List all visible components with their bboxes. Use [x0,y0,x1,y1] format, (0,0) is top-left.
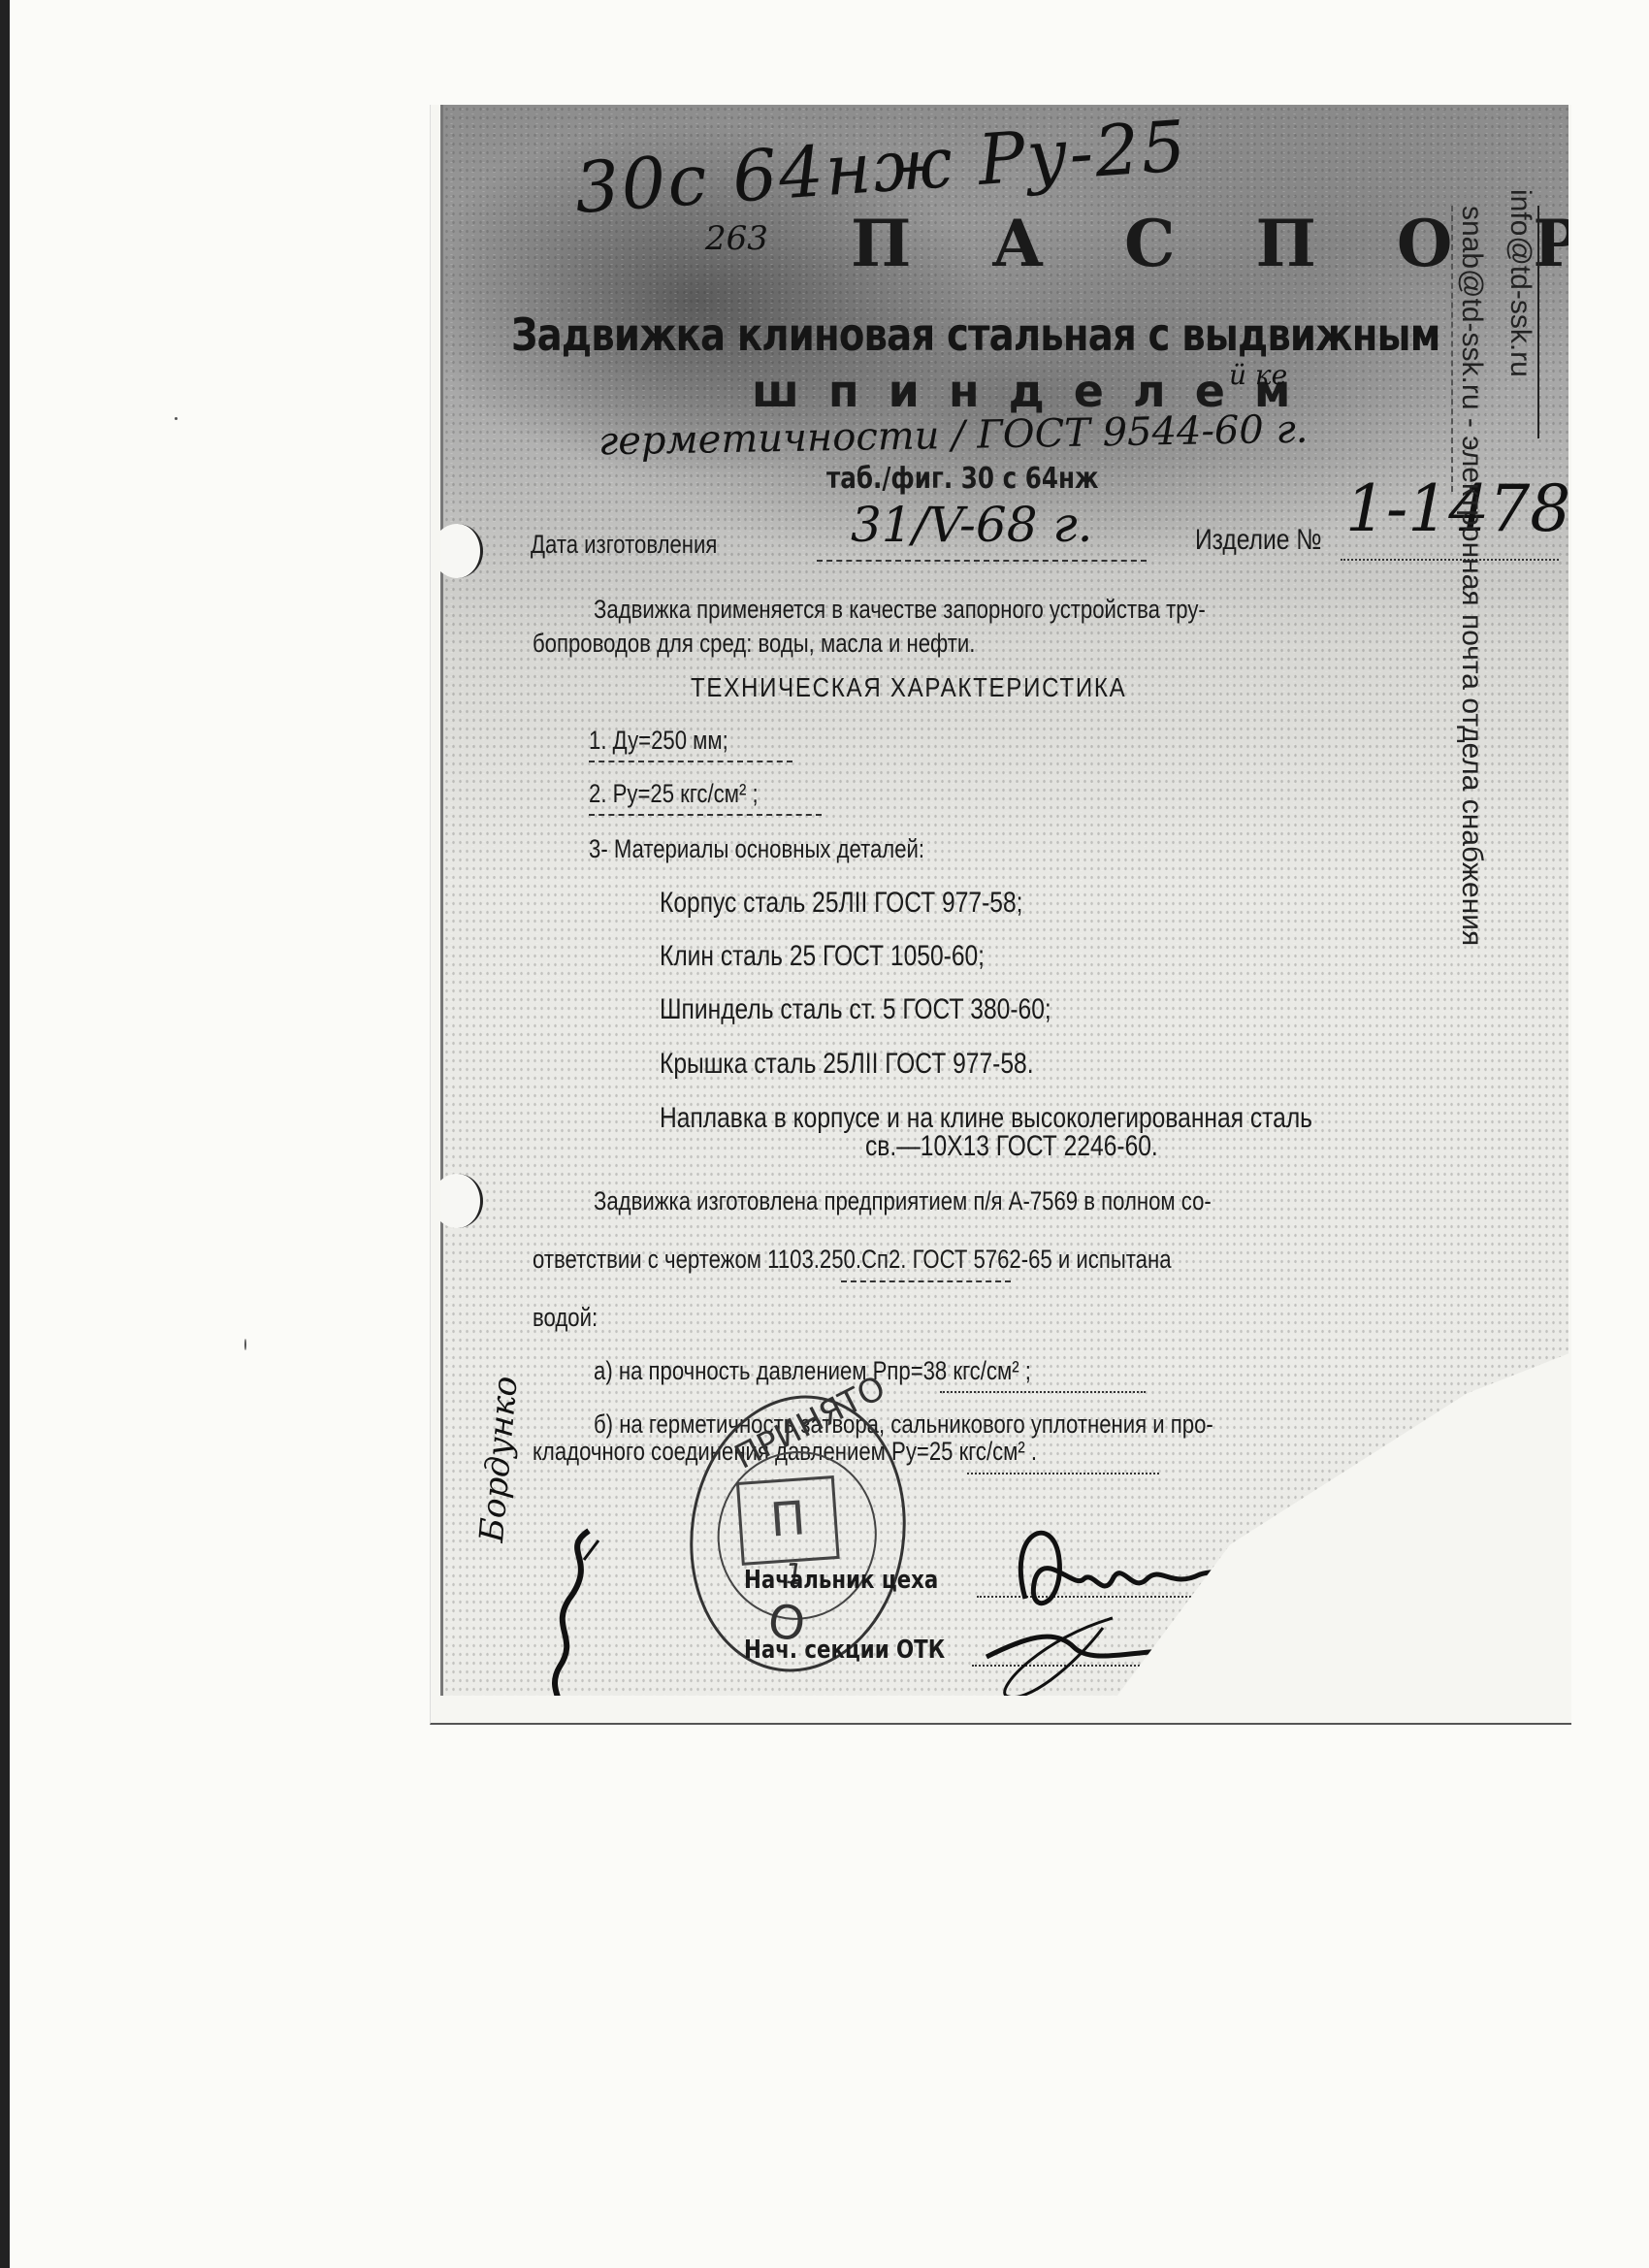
manufacture-line2: ответствии с чертежом 1103.250.Сп2. ГОСТ… [533,1245,1172,1275]
handwritten-page-number: 263 [705,219,768,258]
scan-speck [244,1339,246,1350]
paper-background: 30с 64нж Ру-25 263 П А С П О Р Т Задвижк… [440,105,1568,1696]
test-tightness-underline [967,1473,1159,1474]
watermark-info-email: info@td-ssk.ru [1503,189,1536,377]
item-number-label: Изделие № [1195,524,1322,557]
watermark-snab-email: snab@td-ssk.ru - электронная почта отдел… [1455,206,1488,946]
stamp-box: П [736,1475,840,1566]
material-wedge: Клин сталь 25 ГОСТ 1050-60; [660,940,985,973]
intro-line1: Задвижка применяется в качестве запорног… [594,595,1206,625]
material-spindle: Шпиндель сталь ст. 5 ГОСТ 380-60; [660,993,1051,1026]
test-strength-underline [940,1391,1146,1393]
spec-underline [589,814,822,816]
test-tightness-line1: б) на герметичность затвора, сальниковог… [594,1409,1213,1440]
punch-hole [432,524,483,578]
handwritten-superscript: ӥ ке [1229,359,1287,391]
order-number: Зак. 2009 [1350,1667,1453,1688]
intro-line2: бопроводов для сред: воды, масла и нефти… [533,629,975,659]
spec-item-nominal-diameter: 1. Ду=250 мм; [589,726,728,756]
otk-head-label: Нач. секции ОТК [744,1636,945,1665]
spec-underline [589,761,792,762]
specs-heading: ТЕХНИЧЕСКАЯ ХАРАКТЕРИСТИКА [691,672,1126,703]
document-subtitle-line1: Задвижка клиновая стальная с выдвижным [511,308,1439,361]
punch-hole [432,1174,483,1228]
date-underline [817,560,1147,562]
scanned-passport-page: 30с 64нж Ру-25 263 П А С П О Р Т Задвижк… [430,105,1571,1725]
scanner-edge [0,0,10,2268]
margin-signature [531,1521,608,1715]
spec-item-materials: 3- Материалы основных деталей: [589,834,924,864]
material-body: Корпус сталь 25ЛII ГОСТ 977-58; [660,887,1022,920]
manufacture-line3: водой: [533,1303,598,1333]
spec-item-nominal-pressure: 2. Ру=25 кгс/см² ; [589,779,759,809]
material-cover: Крышка сталь 25ЛII ГОСТ 977-58. [660,1048,1034,1081]
watermark-bar [1537,206,1539,438]
table-figure-number: таб./фиг. 30 с 64нж [826,462,1098,496]
date-value: 31/V-68 г. [851,497,1093,553]
date-label: Дата изготовления [531,530,717,560]
material-overlay-grade: св.—10Х13 ГОСТ 2246-60. [865,1130,1158,1163]
scan-speck [175,417,178,420]
manufacture-line1: Задвижка изготовлена предприятием п/я А-… [594,1186,1212,1216]
drawing-underline [841,1280,1011,1282]
test-strength: а) на прочность давлением Рпр=38 кгс/см²… [594,1356,1031,1386]
watermark-bar [1451,206,1453,492]
item-number-underline [1341,559,1559,561]
signatures-scribble [967,1521,1336,1705]
shop-head-label: Начальник цеха [744,1566,938,1595]
